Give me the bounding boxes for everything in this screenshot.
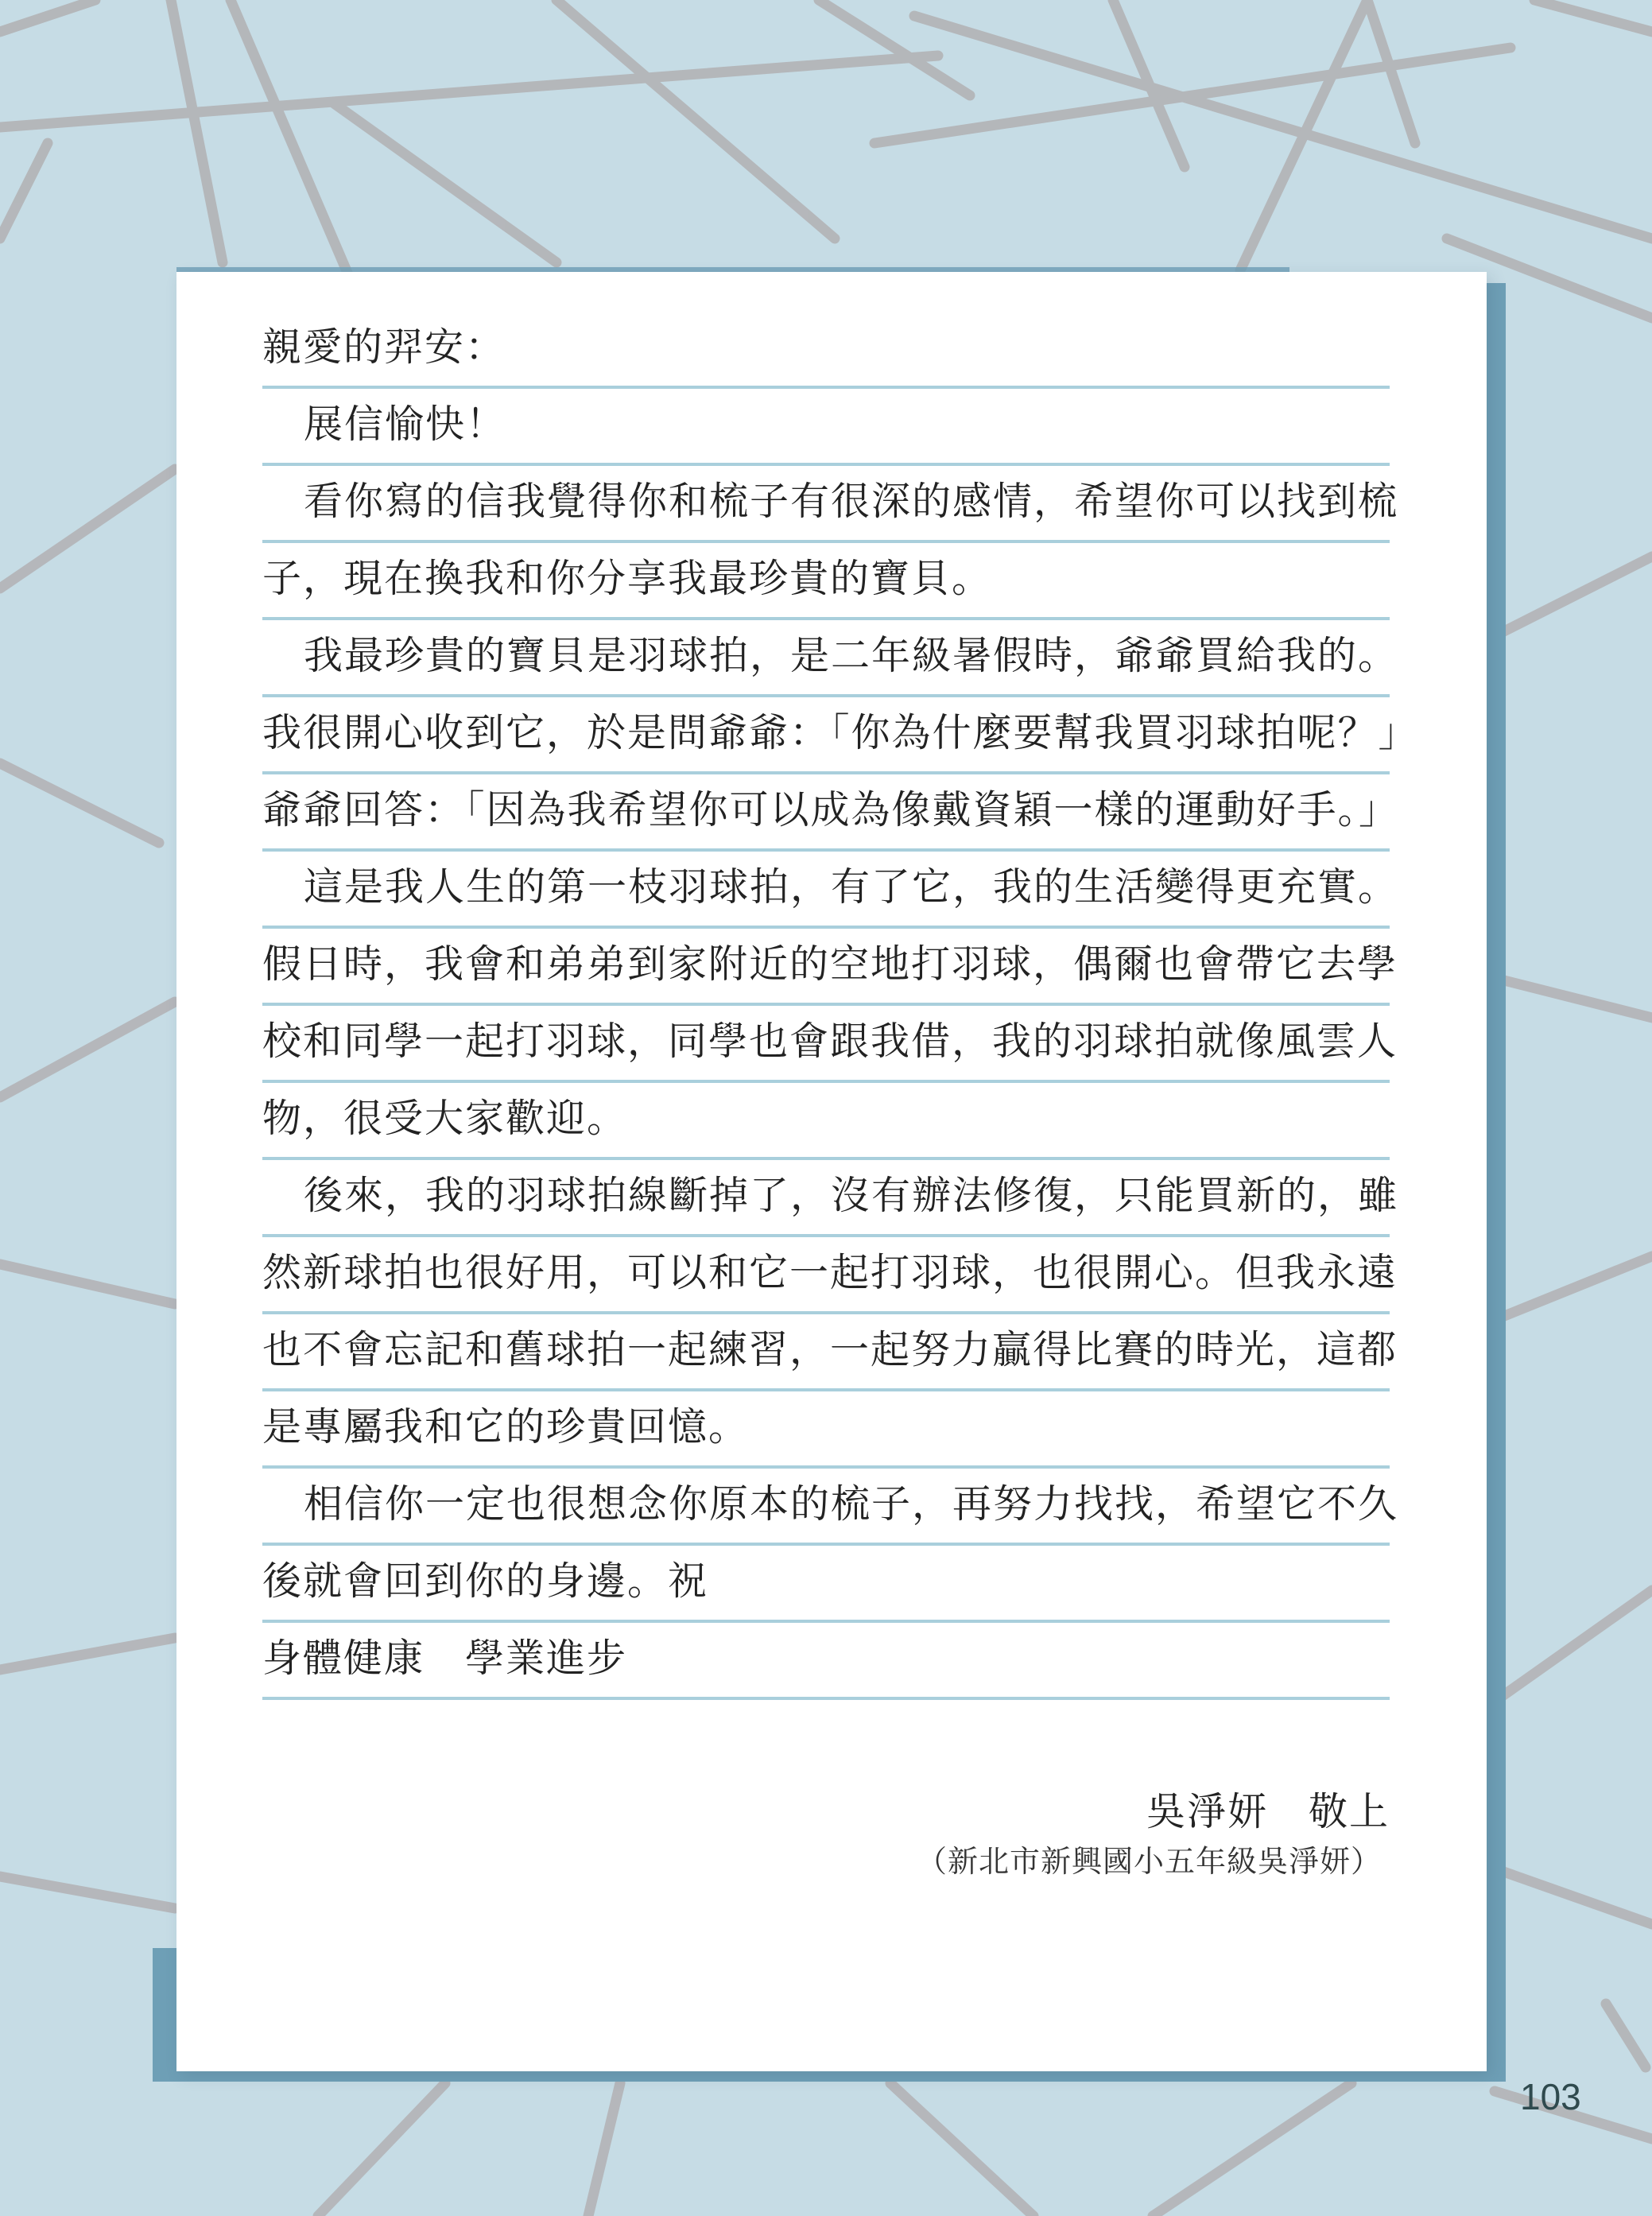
paper-backing-right	[1485, 283, 1506, 2082]
page-number: 103	[1520, 2075, 1581, 2118]
letter-line: 然新球拍也很好用，可以和它一起打羽球，也很開心。但我永遠	[262, 1237, 1390, 1314]
letter-line: 校和同學一起打羽球，同學也會跟我借，我的羽球拍就像風雲人	[262, 1006, 1390, 1083]
paper-backing-left	[153, 1948, 178, 2082]
letter-line: 我最珍貴的寶貝是羽球拍，是二年級暑假時，爺爺買給我的。	[262, 620, 1390, 697]
letter-line: 是專屬我和它的珍貴回憶。	[262, 1391, 1390, 1469]
letter-line: 後就會回到你的身邊。祝	[262, 1546, 1390, 1623]
letter-line: 看你寫的信我覺得你和梳子有很深的感情，希望你可以找到梳	[262, 466, 1390, 543]
letter-line: 假日時，我會和弟弟到家附近的空地打羽球，偶爾也會帶它去學	[262, 929, 1390, 1006]
letter-line: 展信愉快！	[262, 389, 1390, 466]
letter-line: 相信你一定也很想念你原本的梳子，再努力找找，希望它不久	[262, 1469, 1390, 1546]
letter-line: 這是我人生的第一枝羽球拍，有了它，我的生活變得更充實。	[262, 852, 1390, 929]
letter-salutation: 親愛的羿安：	[262, 312, 1390, 389]
letter-line: 爺爺回答：「因為我希望你可以成為像戴資穎一樣的運動好手。」	[262, 774, 1390, 852]
letter-line: 物，很受大家歡迎。	[262, 1083, 1390, 1160]
author-note: （新北市新興國小五年級吳淨妍）	[917, 1837, 1382, 1880]
letter-line: 後來，我的羽球拍線斷掉了，沒有辦法修復，只能買新的，雖	[262, 1160, 1390, 1237]
letter-line: 子，現在換我和你分享我最珍貴的寶貝。	[262, 543, 1390, 620]
letter-line: 我很開心收到它，於是問爺爺：「你為什麼要幫我買羽球拍呢？」	[262, 697, 1390, 774]
letter-closing: 身體健康 學業進步	[262, 1623, 1390, 1700]
letter-line: 也不會忘記和舊球拍一起練習，一起努力贏得比賽的時光，這都	[262, 1314, 1390, 1391]
letter-body: 親愛的羿安： 展信愉快！ 看你寫的信我覺得你和梳子有很深的感情，希望你可以找到梳…	[262, 312, 1390, 1700]
letter-signature: 吳淨妍 敬上	[1146, 1781, 1390, 1837]
